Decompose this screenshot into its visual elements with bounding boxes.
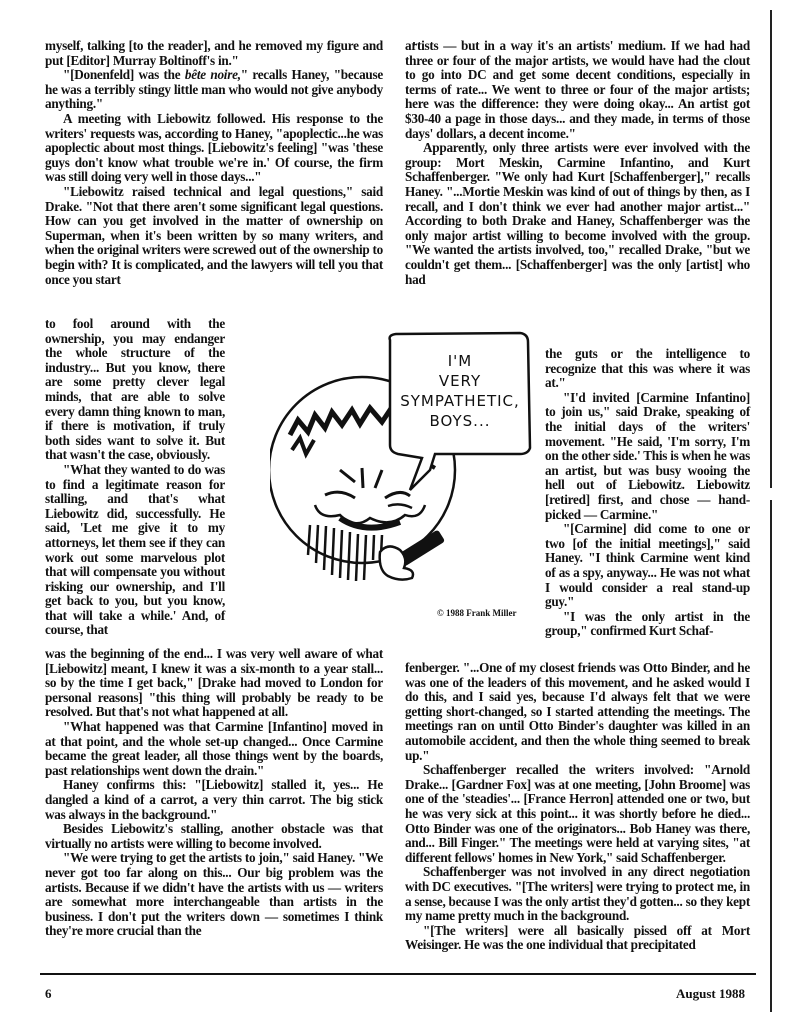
paragraph: to fool around with the ownership, you m… <box>45 317 225 463</box>
right-column-bottom: fenberger. "...One of my closest friends… <box>405 661 750 953</box>
paragraph: "What they wanted to do was to find a le… <box>45 463 225 638</box>
paragraph: "[The writers] were all basically pissed… <box>405 924 750 953</box>
paragraph: Schaffenberger was not involved in any d… <box>405 865 750 923</box>
right-column-top: artists — but in a way it's an artists' … <box>405 39 750 287</box>
left-column-top: myself, talking [to the reader], and he … <box>45 39 383 287</box>
paragraph: "We were trying to get the artists to jo… <box>45 851 383 939</box>
right-column-narrow: the guts or the intelligence to recogniz… <box>545 347 750 639</box>
footer-divider <box>40 973 756 975</box>
paragraph: was the beginning of the end... I was ve… <box>45 647 383 720</box>
paragraph: myself, talking [to the reader], and he … <box>45 39 383 68</box>
speech-line: VERY <box>439 372 481 390</box>
paragraph: the guts or the intelligence to recogniz… <box>545 347 750 391</box>
speech-line: I'M <box>448 352 473 370</box>
scan-edge-rule <box>770 500 772 1012</box>
paragraph: artists — but in a way it's an artists' … <box>405 39 750 141</box>
paragraph: fenberger. "...One of my closest friends… <box>405 661 750 763</box>
left-column-narrow: to fool around with the ownership, you m… <box>45 317 225 638</box>
illustration-credit: © 1988 Frank Miller <box>437 608 516 618</box>
paragraph: "[Carmine] did come to one or two [of th… <box>545 522 750 610</box>
paragraph: A meeting with Liebowitz followed. His r… <box>45 112 383 185</box>
paragraph: "[Donenfeld] was the bête noire," recall… <box>45 68 383 112</box>
left-column-bottom: was the beginning of the end... I was ve… <box>45 647 383 939</box>
speech-line: SYMPATHETIC, <box>400 392 520 410</box>
paragraph: "I was the only artist in the group," co… <box>545 610 750 639</box>
paragraph: Haney confirms this: "[Liebowitz] stalle… <box>45 778 383 822</box>
scan-edge-rule <box>770 10 772 488</box>
speech-line: BOYS... <box>429 412 490 430</box>
paragraph: "Liebowitz raised technical and legal qu… <box>45 185 383 287</box>
paragraph: Schaffenberger recalled the writers invo… <box>405 763 750 865</box>
issue-date: August 1988 <box>676 986 745 1002</box>
paragraph: Apparently, only three artists were ever… <box>405 141 750 287</box>
paragraph: "What happened was that Carmine [Infanti… <box>45 720 383 778</box>
page-number: 6 <box>45 986 52 1002</box>
paragraph: Besides Liebowitz's stalling, another ob… <box>45 822 383 851</box>
magazine-page: myself, talking [to the reader], and he … <box>0 0 785 1023</box>
paragraph: "I'd invited [Carmine Infantino] to join… <box>545 391 750 522</box>
cartoon-illustration: I'M VERY SYMPATHETIC, BOYS... <box>270 320 550 610</box>
